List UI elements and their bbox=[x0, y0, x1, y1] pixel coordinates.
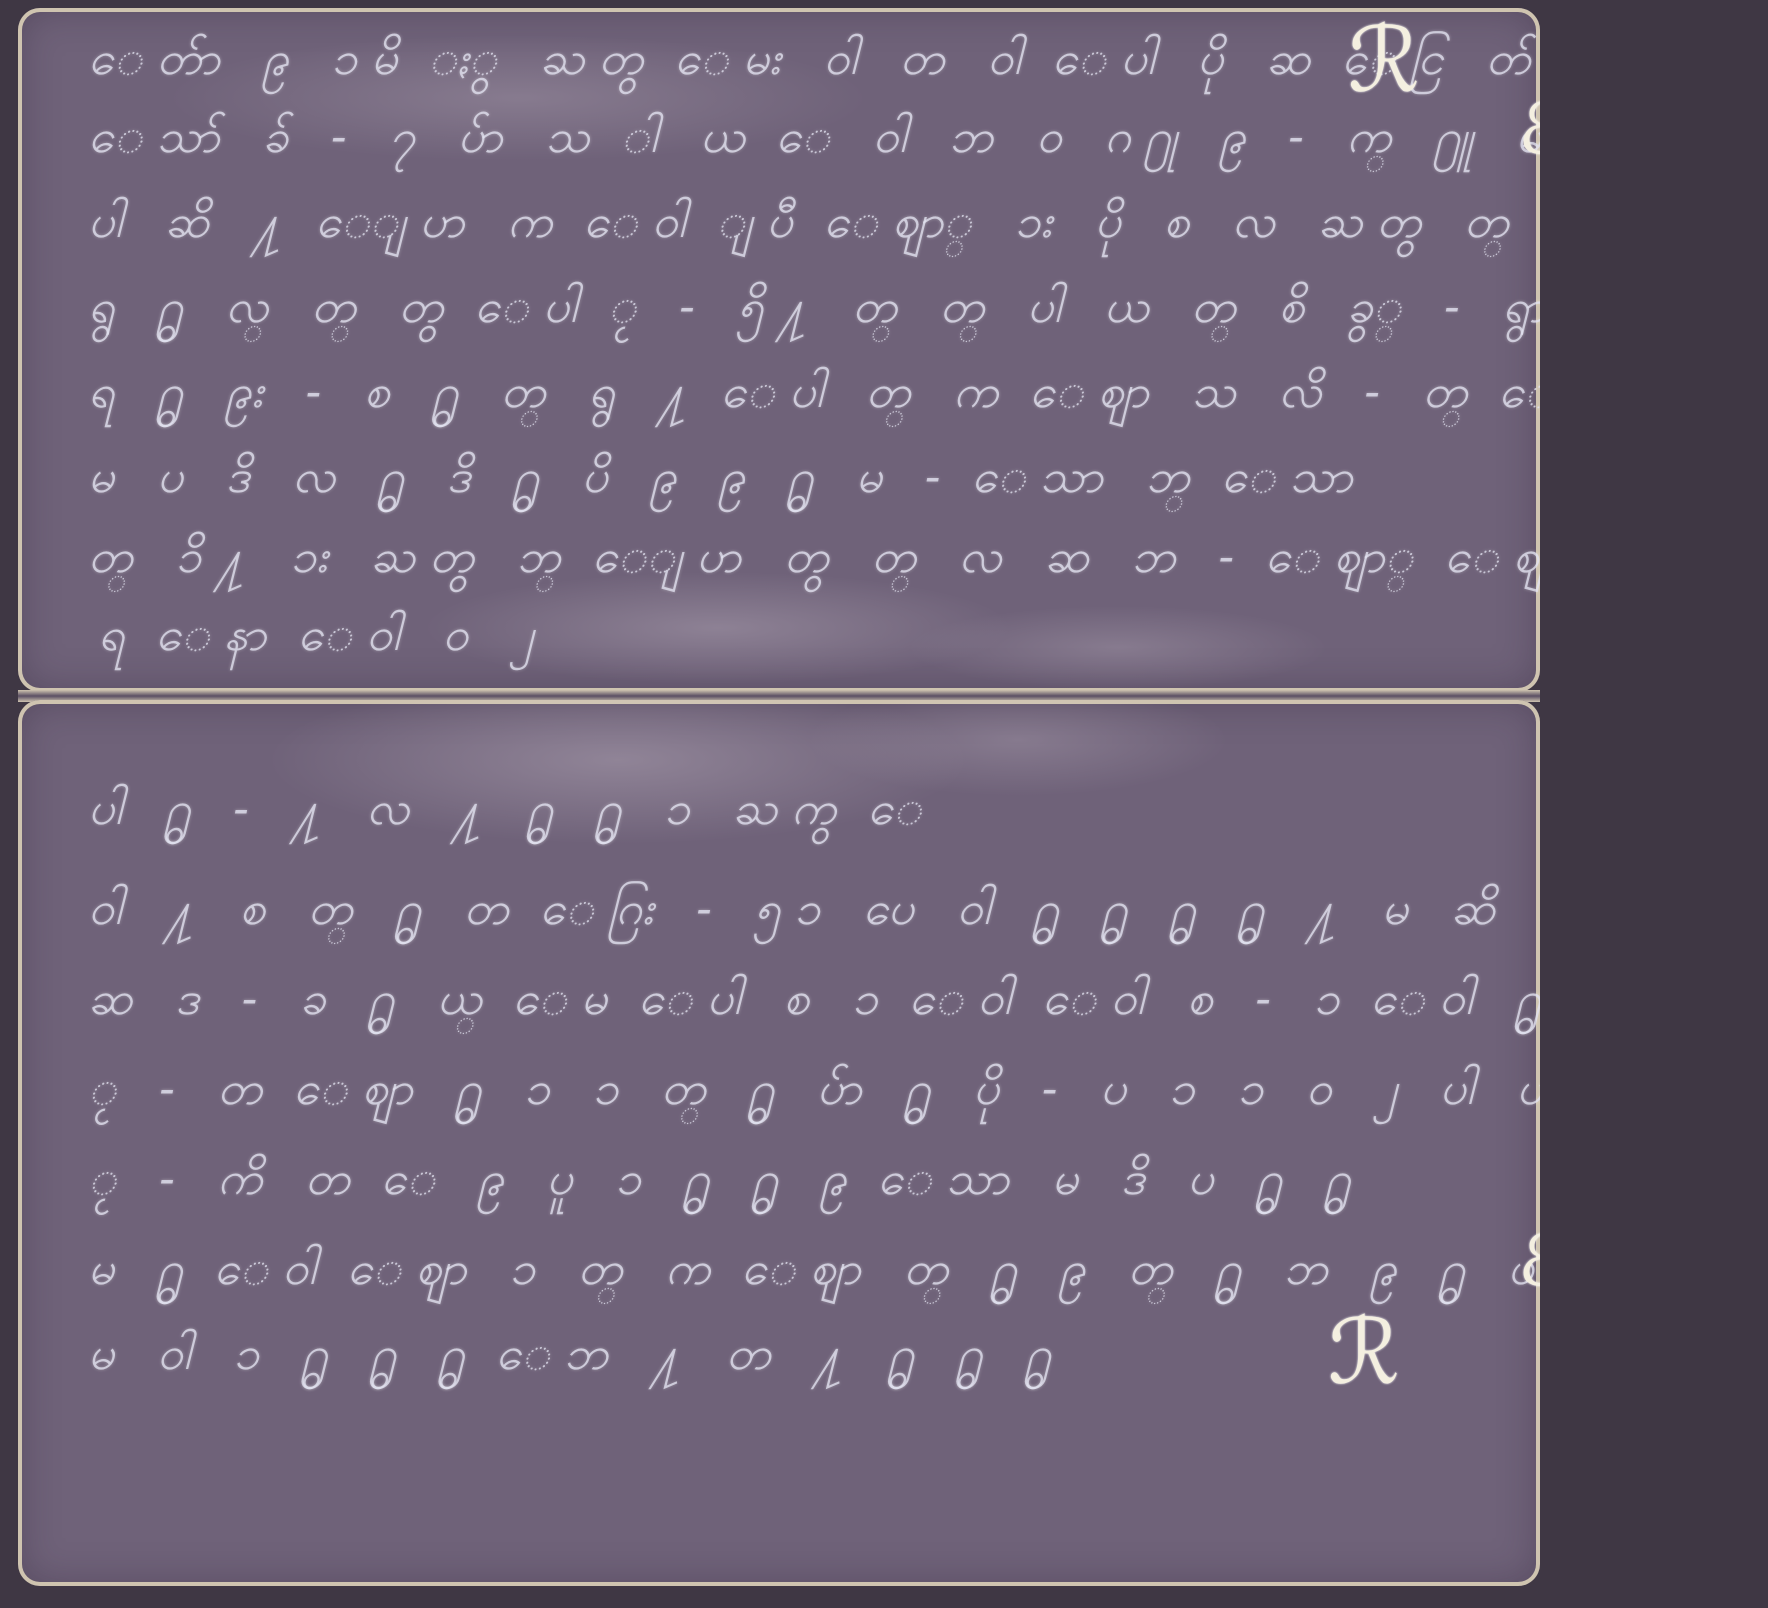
script-line: ရ ေနာ ေဝါ ၀ ၂ bbox=[98, 606, 1500, 673]
script-line: တ္ ၁ိ႔ ၁း ႀတွ ဘ္ ေျပာ တွ တ္ လ ဆ ဘ - ေဈာ္… bbox=[88, 528, 1500, 595]
script-line: ပါ ဆိ ႔ ေျပာ က ေဝါ ျပီ ေဈာ္ ၁း ပို စ လ ႀ… bbox=[88, 193, 1500, 260]
script-line: ရ ႐ွ ၉း - စ ႐ွ တ္ ရွ ႔ ေပါ တ္ က ေဈာ သ လိ… bbox=[88, 363, 1500, 430]
ink-mark-bottom-2: ℛ bbox=[1328, 1300, 1400, 1405]
manuscript-top-panel: ေတ်ာ ၉ ၁မိ ႏွ ႀတွ ေမး ဝါ တ ဝါ ေပါ ပို ဆ … bbox=[18, 8, 1540, 692]
script-line: ဝါ ႔ စ တ္ ႐ွ တ ေဂြး - ၅၁ ပေ ဝါ ႐ွ ႐ွ ႐ွ … bbox=[88, 880, 1500, 947]
script-line: ဆ ဒ - ခ ႐ွ ယ္ ေမ ေပါ စ ၁ ေဝါ ေဝါ စ - ၁ ေ… bbox=[88, 970, 1500, 1037]
script-line: မ ဝါ ၁ ႐ွ ႐ွ ႐ွ ေဘ ႔ တ ႔ ႐ွ ႐ွ ႐ွ bbox=[88, 1325, 1500, 1392]
script-line: ေတ်ာ ၉ ၁မိ ႏွ ႀတွ ေမး ဝါ တ ဝါ ေပါ ပို ဆ … bbox=[88, 30, 1500, 97]
script-line: မ ပ ဒိ လ ႐ွ ဒိ ႐ွ ပိ ၉ ၉ ႐ွ မ - ေသာ ဘ္ ေ… bbox=[88, 448, 1500, 515]
ink-mark-bottom-1: ℰ bbox=[1518, 1220, 1540, 1302]
script-line: ေသာ် ခ် - ၇ ပ်ာ သ ါ ယ ေ ဝါ ဘ ဝ ဂ႐ု ၉ - က… bbox=[88, 108, 1500, 175]
script-line: ပါ ႐ွ - ႔ လ ႔ ႐ွ ႐ွ ၁ ႀကွ ေ bbox=[88, 780, 1500, 847]
script-line: မ ႐ွ ေဝါ ေဈာ ၁ တ္ က ေဈာ တ္ ႐ွ ၉ တ္ ႐ွ ဘ … bbox=[88, 1240, 1500, 1307]
script-line: ႂ - ကိ တ ေ ၉ ပူ ၁ ႐ွ ႐ွ ၉ ေသာ မ ဒိ ပ ႐ွ … bbox=[88, 1150, 1500, 1217]
ink-mark-top-1: ℛ bbox=[1348, 8, 1420, 113]
script-line: ရွ ႐ွ လ္ တ္ တွ ေပါ ႂ - ၅ိ႔ တ္ တ္ ပါ ယ တ္… bbox=[88, 278, 1500, 345]
manuscript-bottom-panel: ပါ ႐ွ - ႔ လ ႔ ႐ွ ႐ွ ၁ ႀကွ ေ ဝါ ႔ စ တ္ ႐ွ… bbox=[18, 700, 1540, 1586]
script-line: ႂ - တ ေဈာ ႐ွ ၁ ၁ တ္ ႐ွ ပ်ာ ႐ွ ပို - ပ ၁ … bbox=[88, 1060, 1500, 1127]
ink-mark-top-2: ℰ bbox=[1518, 88, 1540, 170]
